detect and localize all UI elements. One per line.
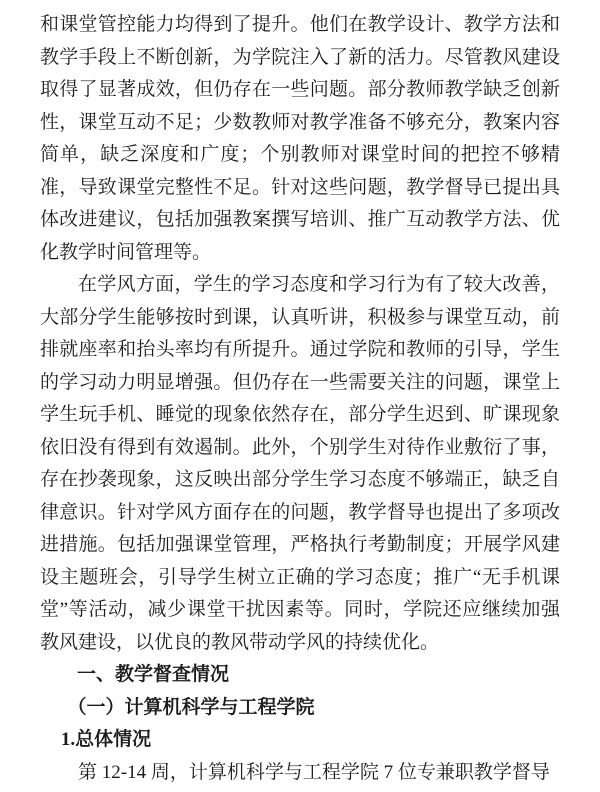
heading-overall-situation: 1.总体情况 xyxy=(40,724,560,757)
heading-computer-science-college: （一）计算机科学与工程学院 xyxy=(40,692,560,725)
paragraph-week-12-14-overview: 第 12-14 周，计算机科学与工程学院 7 位专兼职教学督导 xyxy=(40,757,560,790)
document-page: 和课堂管控能力均得到了提升。他们在教学设计、教学方法和教学手段上不断创新，为学院… xyxy=(0,0,600,792)
paragraph-teaching-style-continuation: 和课堂管控能力均得到了提升。他们在教学设计、教学方法和教学手段上不断创新，为学院… xyxy=(40,9,560,269)
heading-teaching-supervision-overview: 一、教学督查情况 xyxy=(40,659,560,692)
paragraph-study-style: 在学风方面，学生的学习态度和学习行为有了较大改善，大部分学生能够按时到课，认真听… xyxy=(40,269,560,659)
